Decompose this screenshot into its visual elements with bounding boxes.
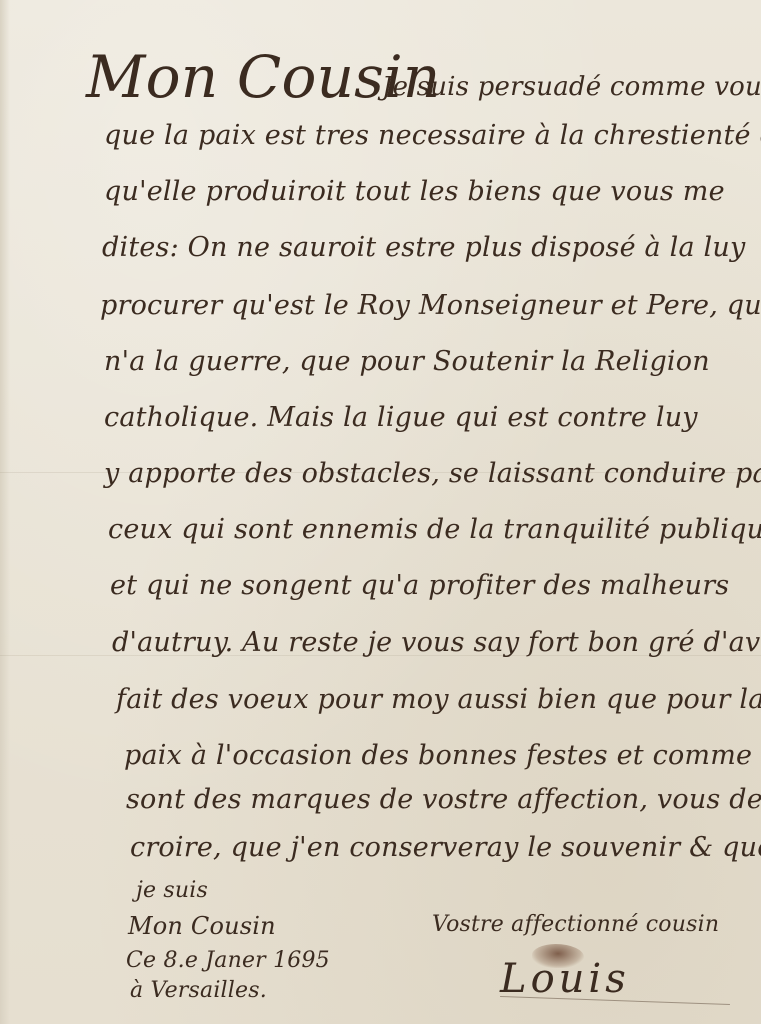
place-line: à Versailles. xyxy=(130,978,267,1003)
closing-mon-cousin: Mon Cousin xyxy=(128,912,276,940)
body-line: d'autruy. Au reste je vous say fort bon … xyxy=(112,627,761,658)
body-line: paix à l'occasion des bonnes festes et c… xyxy=(124,740,761,771)
closing-je-suis: je suis xyxy=(136,878,208,903)
body-line: et qui ne songent qu'a profiter des malh… xyxy=(110,570,729,601)
body-line: ceux qui sont ennemis de la tranquilité … xyxy=(108,514,761,545)
body-line: qu'elle produiroit tout les biens que vo… xyxy=(104,176,725,207)
body-line: y apporte des obstacles, se laissant con… xyxy=(104,458,761,489)
body-line: dites: On ne sauroit estre plus disposé … xyxy=(102,232,745,263)
body-line: n'a la guerre, que pour Soutenir la Reli… xyxy=(104,346,710,377)
body-line: catholique. Mais la ligue qui est contre… xyxy=(104,402,698,433)
opening-line: Je suis persuadé comme vous, xyxy=(382,72,761,102)
signature: Louis xyxy=(500,956,630,1002)
body-line: croire, que j'en conserveray le souvenir… xyxy=(130,832,761,863)
body-line: procurer qu'est le Roy Monseigneur et Pe… xyxy=(100,290,761,321)
closing-formula: Vostre affectionné cousin xyxy=(432,912,719,937)
body-line: que la paix est tres necessaire à la chr… xyxy=(104,120,761,151)
body-line: fait des voeux pour moy aussi bien que p… xyxy=(116,684,761,715)
paper-edge xyxy=(0,0,10,1024)
body-line: sont des marques de vostre affection, vo… xyxy=(126,784,761,815)
date-line: Ce 8.e Janer 1695 xyxy=(126,948,330,973)
letter-page: Mon Cousin Je suis persuadé comme vous, … xyxy=(0,0,761,1024)
